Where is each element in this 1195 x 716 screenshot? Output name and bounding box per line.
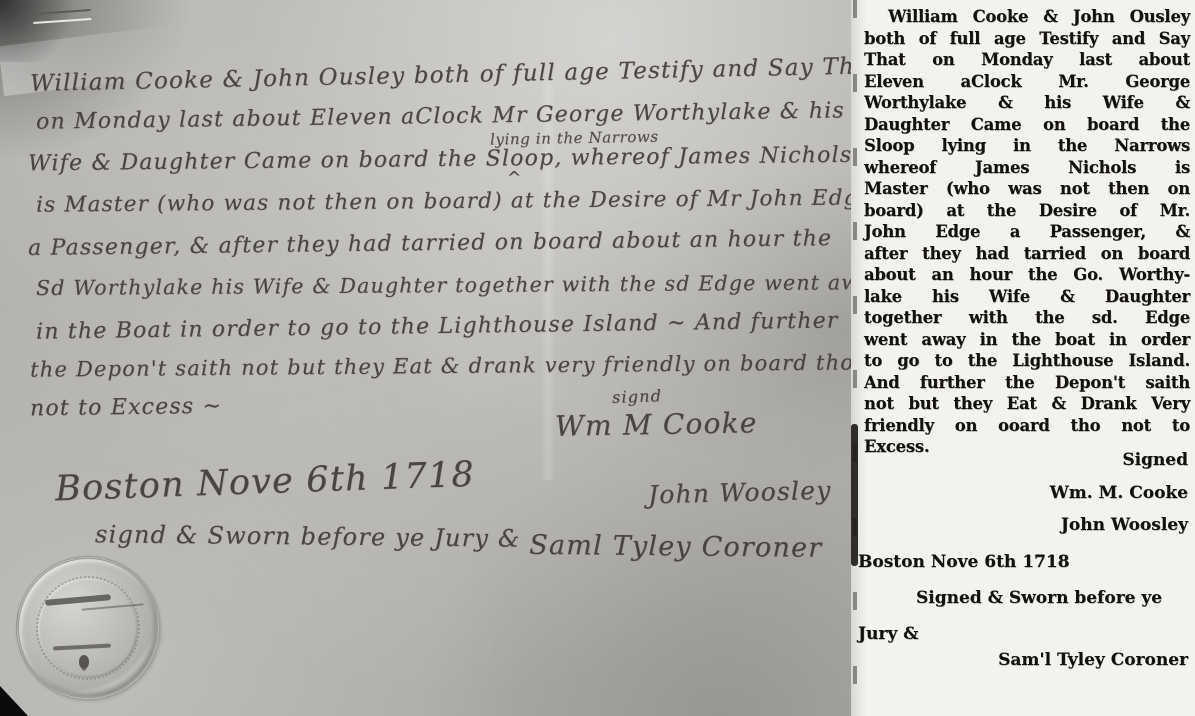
attestation-text: signd & Sworn before ye Jury & bbox=[95, 520, 521, 552]
manuscript-line: in the Boat in order to go to the Lighth… bbox=[36, 308, 839, 344]
manuscript-photo: William Cooke & John Ousley both of full… bbox=[0, 0, 851, 716]
manuscript-line: Sd Worthylake his Wife & Daughter togeth… bbox=[36, 270, 886, 300]
print-line: to go to the Lighthouse Island. bbox=[864, 350, 1190, 372]
print-line: Master (who was not then on bbox=[864, 178, 1190, 200]
manuscript-line: on Monday last about Eleven aClock Mr Ge… bbox=[36, 98, 845, 134]
manuscript-line: is Master (who was not then on board) at… bbox=[36, 185, 873, 217]
print-signature-woosley: John Woosley bbox=[864, 515, 1190, 535]
manuscript-signature-coroner: Saml Tyley Coroner bbox=[529, 530, 822, 564]
manuscript-line: Wife & Daughter Came on board the Sloop,… bbox=[28, 143, 852, 177]
print-line: John Edge a Passenger, & bbox=[864, 221, 1190, 243]
manuscript-dateline: Boston Nove 6th 1718 bbox=[54, 455, 475, 510]
seal-beacon-mark bbox=[79, 655, 89, 669]
manuscript-line: not to Excess ~ bbox=[30, 394, 222, 422]
print-line: went away in the boat in order bbox=[864, 329, 1190, 351]
manuscript-signed-note: signd bbox=[612, 386, 663, 407]
print-line: And further the Depon't saith bbox=[864, 372, 1190, 394]
print-line: about an hour the Go. Worthy- bbox=[864, 264, 1190, 286]
transcription-clipping: William Cooke & John Ousley both of full… bbox=[851, 0, 1195, 716]
print-attestation-line2: Jury & bbox=[858, 624, 1190, 644]
print-line: That on Monday last about bbox=[864, 49, 1190, 71]
print-dateline: Boston Nove 6th 1718 bbox=[858, 552, 1190, 572]
print-line: not but they Eat & Drank Very bbox=[864, 393, 1190, 415]
print-line: Eleven aClock Mr. George bbox=[864, 71, 1190, 93]
corner-shadow bbox=[0, 0, 80, 62]
manuscript-attestation: signd & Sworn before ye Jury & Saml Tyle… bbox=[95, 518, 823, 557]
print-line: Sloop lying in the Narrows bbox=[864, 135, 1190, 157]
print-line: Daughter Came on board the bbox=[864, 114, 1190, 136]
print-signature-coroner: Sam'l Tyley Coroner bbox=[864, 650, 1190, 670]
print-line: together with the sd. Edge bbox=[864, 307, 1190, 329]
clipping-edge-bar bbox=[851, 424, 858, 566]
deposition-page: William Cooke & John Ousley both of full… bbox=[0, 0, 1195, 716]
manuscript-signature-cooke: Wm M Cooke bbox=[555, 406, 758, 443]
print-line: lake his Wife & Daughter bbox=[864, 286, 1190, 308]
corner-tear bbox=[0, 686, 28, 716]
transcription-column: William Cooke & John Ousley both of full… bbox=[851, 0, 1195, 670]
clipping-edge-marks bbox=[853, 0, 857, 716]
embossed-seal bbox=[16, 556, 160, 700]
manuscript-signature-woosley: John Woosley bbox=[648, 476, 832, 510]
print-signature-cooke: Wm. M. Cooke bbox=[864, 483, 1190, 503]
print-attestation-line1: Signed & Sworn before ye bbox=[864, 588, 1190, 608]
print-line: William Cooke & John Ousley bbox=[864, 6, 1190, 28]
manuscript-line: a Passenger, & after they had tarried on… bbox=[28, 226, 832, 261]
manuscript-line: the Depon't saith not but they Eat & dra… bbox=[30, 350, 854, 381]
print-line: friendly on ooard tho not to bbox=[864, 415, 1190, 437]
print-line: whereof James Nichols is bbox=[864, 157, 1190, 179]
print-line: Worthylake & his Wife & bbox=[864, 92, 1190, 114]
print-line: after they had tarried on board bbox=[864, 243, 1190, 265]
print-line: both of full age Testify and Say bbox=[864, 28, 1190, 50]
print-line: board) at the Desire of Mr. bbox=[864, 200, 1190, 222]
